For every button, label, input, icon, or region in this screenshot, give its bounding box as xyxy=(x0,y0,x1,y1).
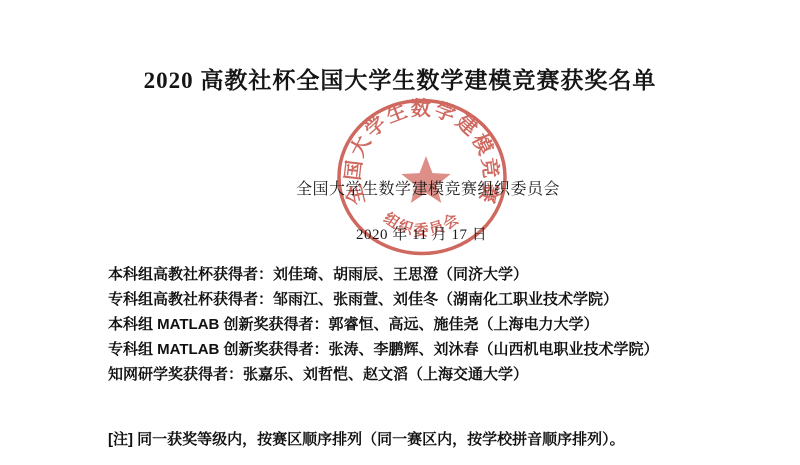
award-line-zhuanke-gaojiaoshebei: 专科组高教社杯获得者：邹雨江、张雨萱、刘佳冬（湖南化工职业技术学院） xyxy=(108,287,748,312)
document-date: 2020 年 11 月 17 日 xyxy=(356,223,487,244)
document-title: 2020 高教社杯全国大学生数学建模竞赛获奖名单 xyxy=(0,62,800,95)
document-page: 2020 高教社杯全国大学生数学建模竞赛获奖名单 全国大学生数学建模竞赛 组织委… xyxy=(0,0,800,465)
organization-name: 全国大学生数学建模竞赛组织委员会 xyxy=(296,176,560,199)
award-list: 本科组高教社杯获得者：刘佳琦、胡雨辰、王思澄（同济大学） 专科组高教社杯获得者：… xyxy=(108,262,748,387)
footnote: [注] 同一获奖等级内，按赛区顺序排列（同一赛区内，按学校拼音顺序排列）。 xyxy=(108,428,625,449)
award-line-zhiwang: 知网研学奖获得者：张嘉乐、刘哲恺、赵文滔（上海交通大学） xyxy=(108,362,748,387)
award-line-zhuanke-matlab: 专科组 MATLAB 创新奖获得者：张涛、李鹏辉、刘沐春（山西机电职业技术学院） xyxy=(108,337,748,362)
award-line-benke-matlab: 本科组 MATLAB 创新奖获得者：郭睿恒、高远、施佳尧（上海电力大学） xyxy=(108,312,748,337)
award-line-benke-gaojiaoshebei: 本科组高教社杯获得者：刘佳琦、胡雨辰、王思澄（同济大学） xyxy=(108,262,748,287)
